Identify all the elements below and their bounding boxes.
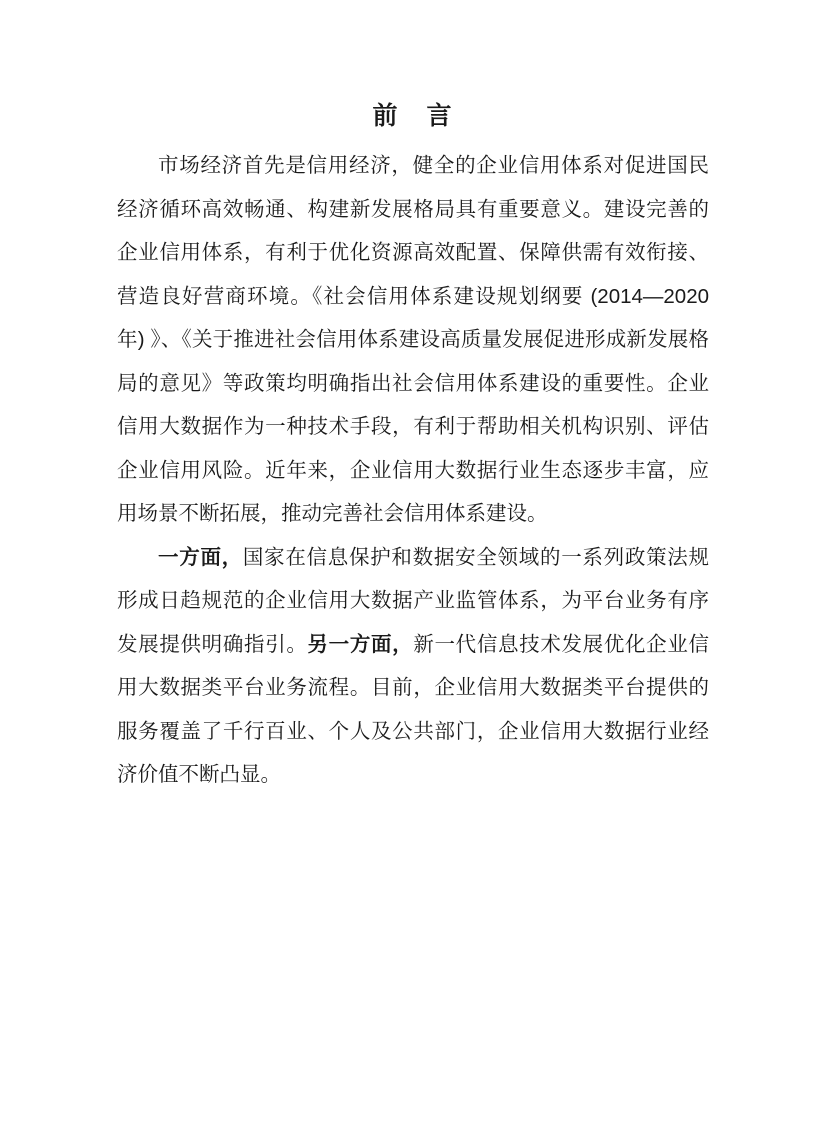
paragraph-2: 一方面，国家在信息保护和数据安全领域的一系列政策法规形成日趋规范的企业信用大数据… <box>117 536 709 797</box>
text-run: 市场经济首先是信用经济，健全的企业信用体系对促进国民经济循环高效畅通、构建新发展… <box>117 154 709 525</box>
page-title: 前 言 <box>117 100 709 133</box>
paragraph-1: 市场经济首先是信用经济，健全的企业信用体系对促进国民经济循环高效畅通、构建新发展… <box>117 144 709 536</box>
bold-run-other-aspect: 另一方面， <box>308 633 414 656</box>
document-page: 前 言 市场经济首先是信用经济，健全的企业信用体系对促进国民经济循环高效畅通、构… <box>0 0 826 1122</box>
bold-run-one-aspect: 一方面， <box>158 546 243 569</box>
page-content: 前 言 市场经济首先是信用经济，健全的企业信用体系对促进国民经济循环高效畅通、构… <box>117 0 709 797</box>
